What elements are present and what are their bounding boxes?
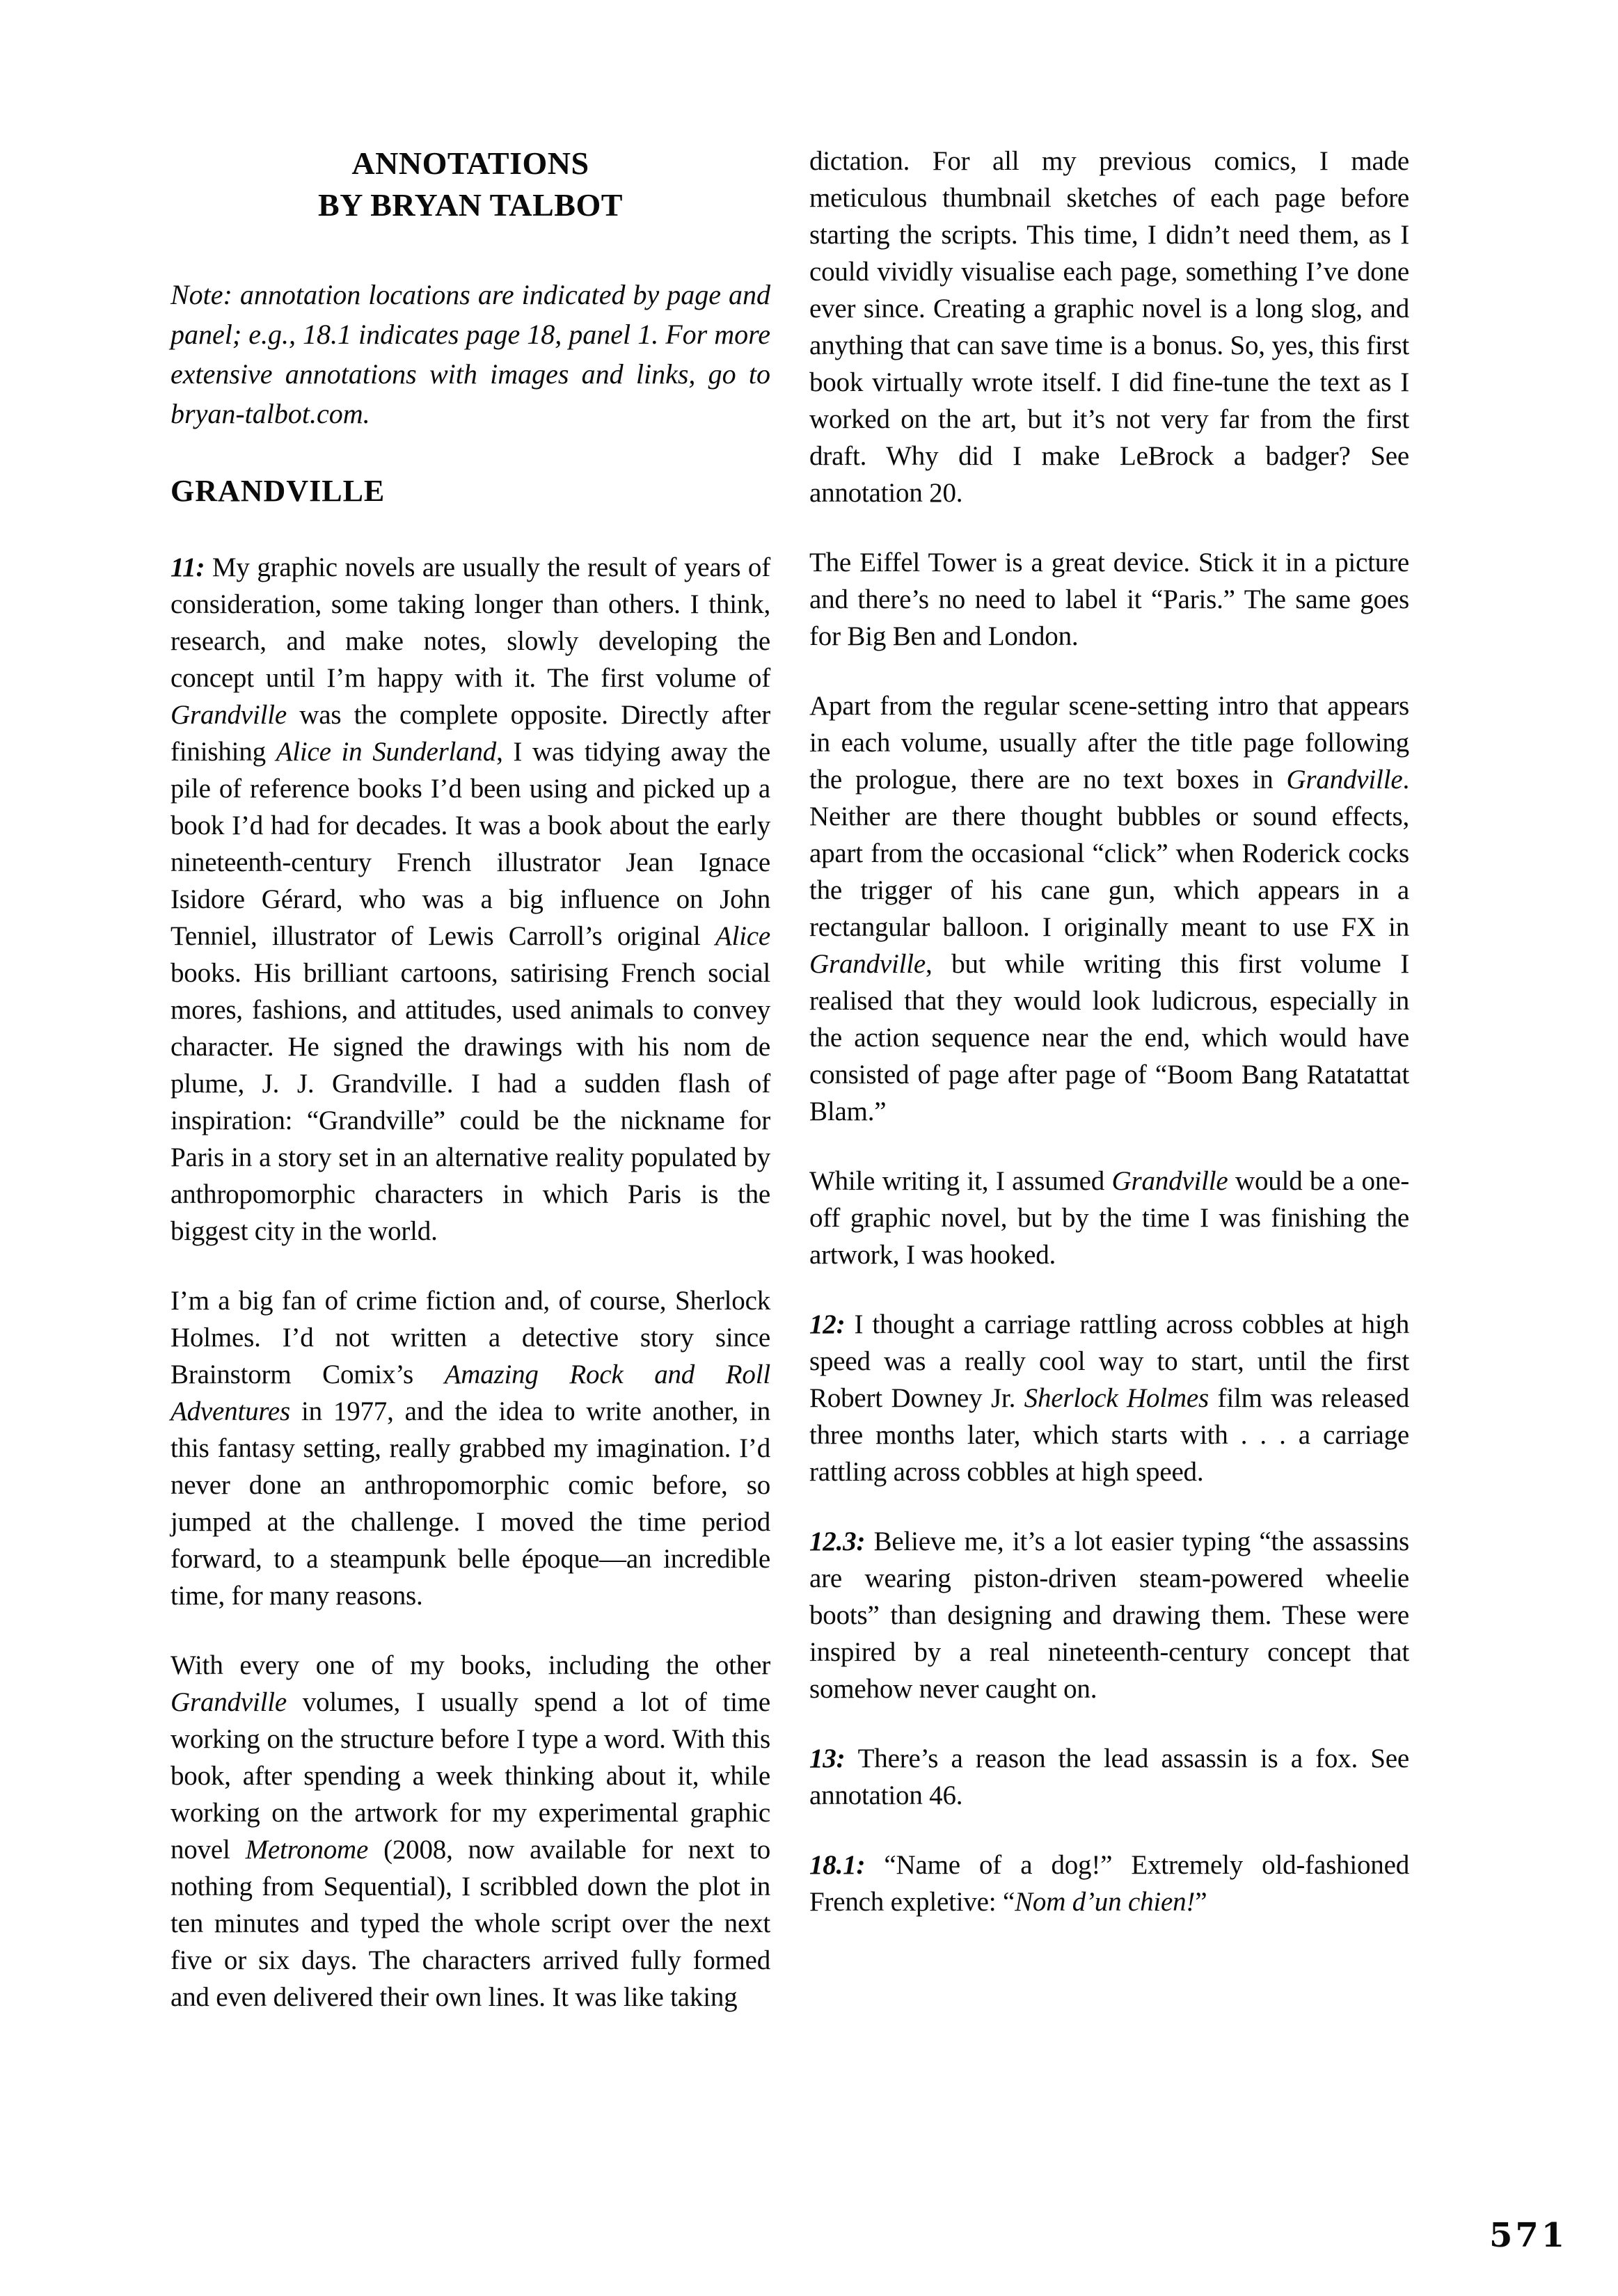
left-column: ANNOTATIONS BY BRYAN TALBOT Note: annota… — [170, 143, 770, 2016]
paragraph: 18.1: “Name of a dog!” Extremely old-fas… — [809, 1847, 1409, 1920]
paragraph: Apart from the regular scene-setting int… — [809, 687, 1409, 1130]
page-heading: ANNOTATIONS BY BRYAN TALBOT — [170, 143, 770, 226]
body-text: With every one of my books, including th… — [170, 1650, 770, 1680]
book-page: ANNOTATIONS BY BRYAN TALBOT Note: annota… — [0, 0, 1618, 2296]
body-text: , I was tidying away the pile of referen… — [170, 737, 770, 951]
paragraph: 11: My graphic novels are usually the re… — [170, 549, 770, 1250]
paragraph: dictation. For all my previous comics, I… — [809, 143, 1409, 511]
note: Note: annotation locations are indicated… — [170, 275, 770, 433]
body-text: Believe me, it’s a lot easier typing “th… — [809, 1526, 1409, 1704]
italic-text: Grandville — [809, 949, 926, 979]
annotation-number: 18.1: — [809, 1850, 884, 1880]
body-text: While writing it, I assumed — [809, 1166, 1112, 1196]
paragraph: The Eiffel Tower is a great device. Stic… — [809, 544, 1409, 655]
paragraph: While writing it, I assumed Grandville w… — [809, 1163, 1409, 1273]
right-column: dictation. For all my previous comics, I… — [809, 143, 1409, 1920]
italic-text: Grandville — [170, 700, 287, 730]
italic-text: Metronome — [246, 1835, 369, 1865]
paragraph: With every one of my books, including th… — [170, 1647, 770, 2016]
italic-text: Nom d’un chien! — [1015, 1887, 1195, 1917]
left-column-paragraphs: 11: My graphic novels are usually the re… — [170, 549, 770, 2016]
body-text: in 1977, and the idea to write another, … — [170, 1396, 770, 1611]
paragraph: 12: I thought a carriage rattling across… — [809, 1306, 1409, 1490]
paragraph: 12.3: Believe me, it’s a lot easier typi… — [809, 1523, 1409, 1707]
italic-text: Grandville — [1286, 765, 1402, 795]
body-text: ” — [1195, 1887, 1207, 1917]
italic-text: Alice — [715, 921, 770, 951]
paragraph: I’m a big fan of crime fiction and, of c… — [170, 1282, 770, 1614]
body-text: dictation. For all my previous comics, I… — [809, 146, 1409, 508]
section-heading-grandville: GRANDVILLE — [170, 475, 770, 507]
page-number: 571 — [1489, 2216, 1567, 2255]
italic-text: Grandville — [1112, 1166, 1228, 1196]
italic-text: Grandville — [170, 1687, 287, 1717]
annotation-number: 11: — [170, 552, 212, 582]
byline: BY BRYAN TALBOT — [170, 184, 770, 226]
annotation-number: 12: — [809, 1309, 854, 1339]
body-text: My graphic novels are usually the result… — [170, 552, 770, 693]
italic-text: Sherlock Holmes — [1024, 1383, 1209, 1413]
body-text: books. His brilliant cartoons, satirisin… — [170, 958, 770, 1246]
annotation-number: 13: — [809, 1744, 858, 1773]
body-text: There’s a reason the lead assassin is a … — [809, 1744, 1409, 1810]
body-text: The Eiffel Tower is a great device. Stic… — [809, 548, 1409, 651]
paragraph: 13: There’s a reason the lead assassin i… — [809, 1740, 1409, 1814]
annotation-number: 12.3: — [809, 1526, 874, 1556]
annotations-title: ANNOTATIONS — [170, 143, 770, 184]
italic-text: Alice in Sunderland — [276, 737, 496, 767]
right-column-paragraphs: dictation. For all my previous comics, I… — [809, 143, 1409, 1920]
